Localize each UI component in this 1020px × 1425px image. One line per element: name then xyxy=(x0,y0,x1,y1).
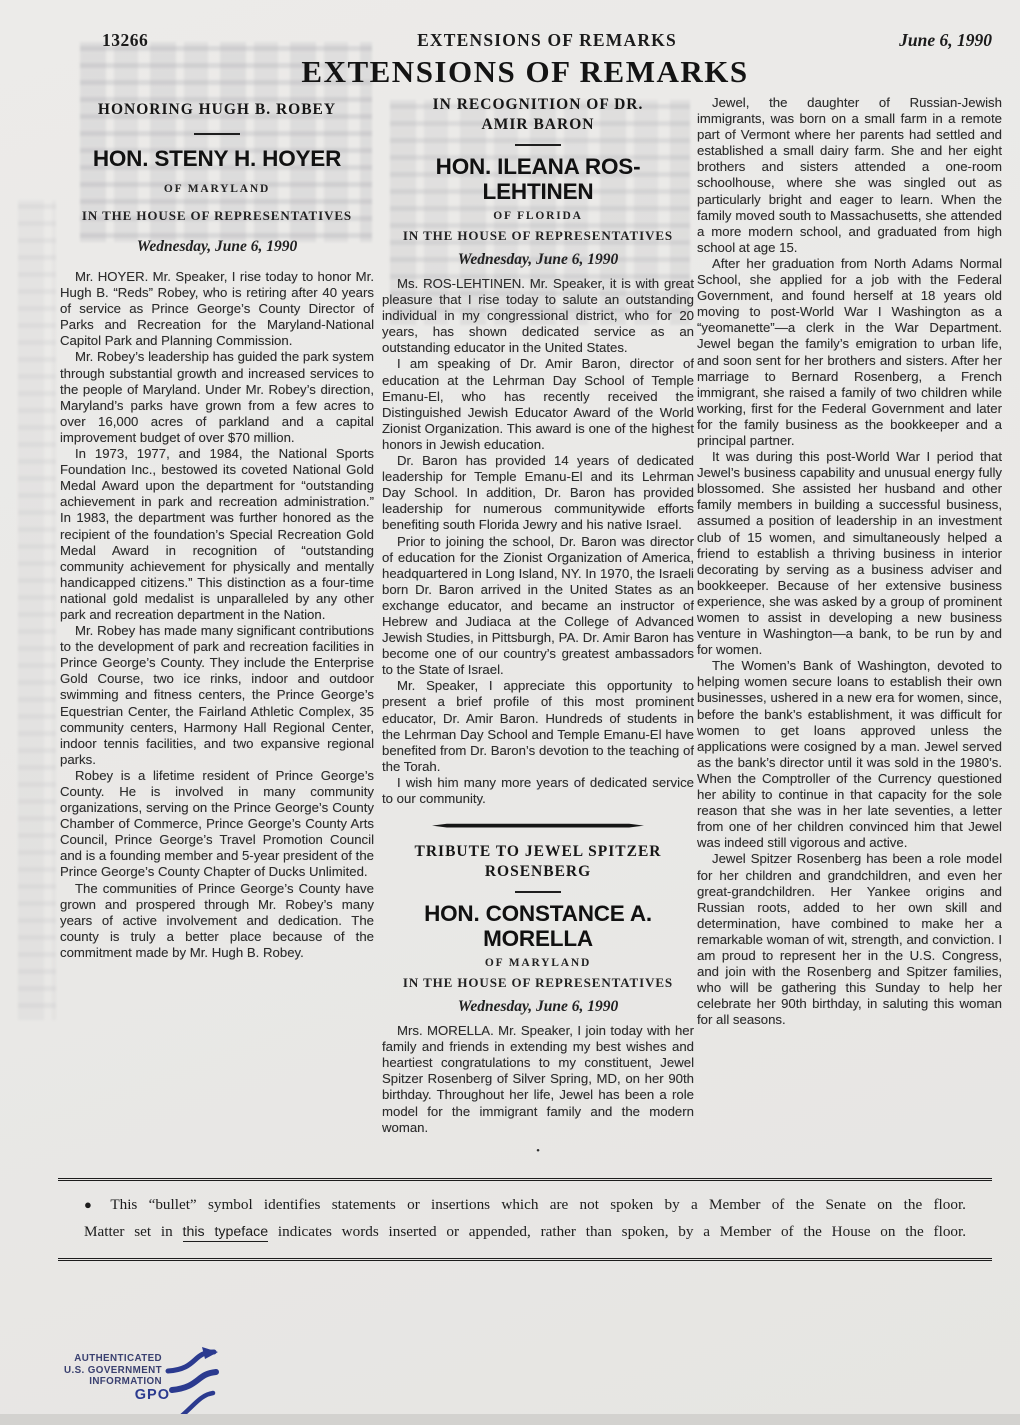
footer-line-1: ● This “bullet” symbol identifies statem… xyxy=(84,1191,966,1218)
article-paragraph: I am speaking of Dr. Amir Baron, directo… xyxy=(382,356,694,453)
article-paragraph: I wish him many more years of dedicated … xyxy=(382,775,694,807)
congressional-record-page: 13266 EXTENSIONS OF REMARKS June 6, 1990… xyxy=(0,0,1020,1425)
chamber-line: IN THE HOUSE OF REPRESENTATIVES xyxy=(60,208,374,224)
article-paragraph: Ms. ROS-LEHTINEN. Mr. Speaker, it is wit… xyxy=(382,276,694,356)
column-2: IN RECOGNITION OF DR. AMIR BARON HON. IL… xyxy=(382,95,694,1173)
scan-edge-band xyxy=(0,1414,1020,1425)
section-divider xyxy=(515,891,561,893)
main-title: EXTENSIONS OF REMARKS xyxy=(40,54,1010,90)
article-paragraph: Mr. Speaker, I appreciate this opportuni… xyxy=(382,678,694,775)
chamber-line: IN THE HOUSE OF REPRESENTATIVES xyxy=(382,975,694,991)
article-paragraph: Robey is a lifetime resident of Prince G… xyxy=(60,768,374,881)
section-divider xyxy=(194,133,240,135)
bleedthrough-texture xyxy=(18,200,56,1020)
issue-date: June 6, 1990 xyxy=(770,30,993,51)
gpo-logo-text: AUTHENTICATED U.S. GOVERNMENT INFORMATIO… xyxy=(64,1353,162,1401)
article-paragraph: The communities of Prince George’s Count… xyxy=(60,881,374,961)
chamber-line: IN THE HOUSE OF REPRESENTATIVES xyxy=(382,228,694,244)
bullet-icon: ● xyxy=(84,1197,99,1212)
article-paragraph: Jewel Spitzer Rosenberg has been a role … xyxy=(697,851,1002,1028)
article-baron-body: Ms. ROS-LEHTINEN. Mr. Speaker, it is wit… xyxy=(382,276,694,807)
article-paragraph: Prior to joining the school, Dr. Baron w… xyxy=(382,534,694,679)
article-paragraph: Mr. HOYER. Mr. Speaker, I rise today to … xyxy=(60,269,374,349)
gpo-text-line: U.S. GOVERNMENT xyxy=(64,1365,162,1377)
gpo-acronym: GPO xyxy=(64,1390,170,1402)
article-paragraph: Mr. Robey’s leadership has guided the pa… xyxy=(60,349,374,446)
article-divider xyxy=(432,823,644,828)
section-divider xyxy=(515,144,561,146)
article-title: IN RECOGNITION OF DR. AMIR BARON xyxy=(413,95,663,135)
member-name: HON. STENY H. HOYER xyxy=(60,146,374,171)
article-paragraph: Mrs. MORELLA. Mr. Speaker, I join today … xyxy=(382,1023,694,1136)
article-paragraph: After her graduation from North Adams No… xyxy=(697,256,1002,449)
footer-line-2-prefix: Matter set in xyxy=(84,1223,173,1240)
member-name: HON. ILEANA ROS-LEHTINEN xyxy=(382,154,694,204)
article-paragraph: Mr. Robey has made many significant cont… xyxy=(60,623,374,768)
article-rosenberg-header: TRIBUTE TO JEWEL SPITZER ROSENBERG HON. … xyxy=(382,842,694,1016)
gpo-text-line: AUTHENTICATED xyxy=(64,1353,162,1365)
article-paragraph: Dr. Baron has provided 14 years of dedic… xyxy=(382,453,694,533)
date-line: Wednesday, June 6, 1990 xyxy=(60,238,374,256)
page-header: 13266 EXTENSIONS OF REMARKS June 6, 1990 xyxy=(60,30,992,51)
running-title: EXTENSIONS OF REMARKS xyxy=(325,30,770,51)
article-paragraph: In 1973, 1977, and 1984, the National Sp… xyxy=(60,446,374,623)
state-line: OF MARYLAND xyxy=(60,183,374,195)
date-line: Wednesday, June 6, 1990 xyxy=(382,998,694,1016)
footer-line-2: Matter set in this typeface indicates wo… xyxy=(84,1218,966,1246)
article-robey-header: HONORING HUGH B. ROBEY HON. STENY H. HOY… xyxy=(60,100,374,256)
column-1: HONORING HUGH B. ROBEY HON. STENY H. HOY… xyxy=(60,95,374,1173)
article-paragraph: Jewel, the daughter of Russian-Jewish im… xyxy=(697,95,1002,256)
article-paragraph: It was during this post-World War I peri… xyxy=(697,449,1002,658)
gpo-eagle-icon xyxy=(156,1344,220,1422)
footer-line-2-suffix: indicates words inserted or appended, ra… xyxy=(278,1223,966,1240)
article-paragraph: The Women’s Bank of Washington, devoted … xyxy=(697,658,1002,851)
state-line: OF MARYLAND xyxy=(382,957,694,969)
page-number: 13266 xyxy=(60,30,325,51)
member-name: HON. CONSTANCE A. MORELLA xyxy=(382,901,694,951)
gpo-text-line: INFORMATION xyxy=(64,1376,162,1388)
footer-line-1-text: This “bullet” symbol identifies statemen… xyxy=(110,1196,966,1213)
footer-note: ● This “bullet” symbol identifies statem… xyxy=(58,1178,992,1261)
footer-typeface-sample: this typeface xyxy=(183,1224,269,1242)
article-baron-header: IN RECOGNITION OF DR. AMIR BARON HON. IL… xyxy=(382,95,694,269)
state-line: OF FLORIDA xyxy=(382,210,694,222)
gpo-logo: AUTHENTICATED U.S. GOVERNMENT INFORMATIO… xyxy=(50,1344,220,1422)
article-title: HONORING HUGH B. ROBEY xyxy=(60,100,374,120)
article-robey-body: Mr. HOYER. Mr. Speaker, I rise today to … xyxy=(60,269,374,961)
article-rosenberg-body: Mrs. MORELLA. Mr. Speaker, I join today … xyxy=(382,1023,694,1136)
end-mark: • xyxy=(382,1146,694,1157)
date-line: Wednesday, June 6, 1990 xyxy=(382,251,694,269)
column-3: Jewel, the daughter of Russian-Jewish im… xyxy=(697,95,1002,1173)
article-title: TRIBUTE TO JEWEL SPITZER ROSENBERG xyxy=(408,842,668,882)
